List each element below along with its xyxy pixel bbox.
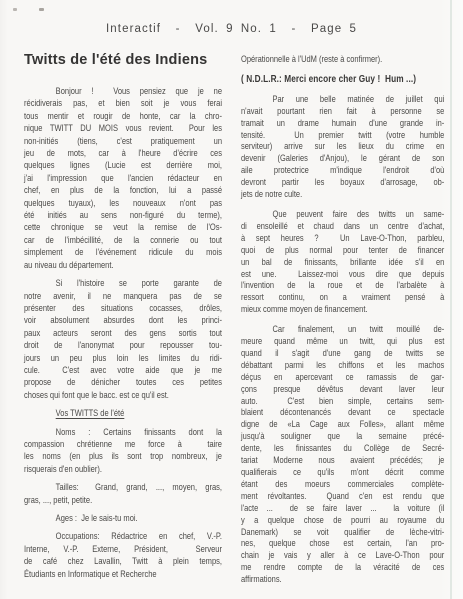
text-line: quelques tuyaux), les nouveaux n'ont pas (24, 198, 222, 210)
text-line: débattant parmi les chiffons et les mach… (241, 360, 444, 372)
text-line: dente, les finissantes du Collège de Sec… (241, 443, 444, 455)
text-line: cule. C'est avec votre aide que je me (24, 365, 222, 377)
text-line: récidiverais pas, et bien soit je vous f… (24, 98, 222, 110)
text-line: risquerais d'en oublier). (24, 464, 222, 476)
text-line: jeu de mots, car à l'heure d'écrire ces (24, 148, 222, 160)
section-heading: Vos TWITTS de l'été (24, 408, 222, 420)
article-title: Twitts de l'été des Indiens (24, 52, 207, 68)
text-line: au niveau du département. (24, 260, 222, 272)
text-line: l'acte ... de se faire laver ... la voit… (241, 503, 444, 515)
paragraph: Par une belle matinée de juillet quin'av… (241, 94, 444, 201)
text-line: notre avenir, il ne manquera pas de se (24, 291, 222, 303)
text-line: présenter des situations cocasses, drôle… (24, 303, 222, 315)
text-line: non-initiés (tiens, c'est pratiquement u… (24, 136, 222, 148)
text-line: chain je vais y aller à ce Lave-O-Thon p… (241, 550, 444, 562)
text-line: compassion chrétienne me force à taire (24, 439, 222, 451)
text-line: est une. Laissez-moi vous dire que depui… (241, 269, 444, 281)
text-line: nes, quelque chose est certain, l'an pro… (241, 538, 444, 550)
text-line: Bonjour ! Vous pensiez que je ne (24, 86, 222, 98)
text-line: Danemark) se voit qualifier de lèche-vit… (241, 527, 444, 539)
text-line: simplement de l'événement ridicule du mo… (24, 247, 222, 259)
text-line: gras, ..., petit, petite. (24, 495, 222, 507)
text-line: mieux comme moyen de financement. (241, 304, 444, 316)
text-line: à sept heures ? Un Lave-O-Thon, parbleu, (241, 233, 444, 245)
text-line: été initiés au sens non-figuré du terme)… (24, 210, 222, 222)
text-line: jours un peu plus loin les limites du ri… (24, 353, 222, 365)
scanned-newsletter-page: Interactif - Vol. 9 No. 1 - Page 5 Twitt… (0, 0, 463, 599)
column-left: Bonjour ! Vous pensiez que je nerécidive… (24, 86, 222, 587)
text-line: quoi de plus normal pour tenter de finan… (241, 245, 444, 257)
text-line: çons presque dévêtus devant laver leur (241, 384, 444, 396)
text-line: jets de notre culte. (241, 189, 444, 201)
text-line: nique TWITT DU MOIS vous revient. Pour l… (24, 123, 222, 135)
text-line: Tailles: Grand, grand, ..., moyen, gras, (24, 482, 222, 494)
text-line: devenir (Galeries d'Anjou), le gérant de… (241, 153, 444, 165)
text-line: serviteur) arrive sur les lieux du crime… (241, 141, 444, 153)
text-line: Opérationnelle à l'UdM (reste à confirme… (241, 54, 444, 66)
text-line: tensité. Un premier twitt (votre humble (241, 130, 444, 142)
editor-note: ( N.D.L.R.: Merci encore cher Guy ! Hum … (241, 74, 444, 86)
paragraph: Bonjour ! Vous pensiez que je nerécidive… (24, 86, 222, 272)
scan-speck (39, 8, 44, 11)
text-line: auto. C'est bien simple, certains sem- (241, 396, 444, 408)
text-line: qualifierais ce qu'ils m'ont décrit comm… (241, 467, 444, 479)
text-line: voir absolument absurdes dont les princi… (24, 315, 222, 327)
text-line: Noms : Certains finissants dont la (24, 427, 222, 439)
column-right: Opérationnelle à l'UdM (reste à confirme… (241, 54, 444, 594)
text-line: chef, en plus de la fonction, lui a pass… (24, 185, 222, 197)
paragraph: Si l'histoire se porte garante denotre a… (24, 278, 222, 402)
text-line: étant des moeurs commerciales complète- (241, 479, 444, 491)
text-line: les noms (en plus ils sont trop nombreux… (24, 451, 222, 463)
paragraph: Que peuvent faire des twitts un same-di … (241, 209, 444, 316)
text-line: affirmations. (241, 574, 444, 586)
text-line: Interne, V.-P. Externe, Président, Serve… (24, 544, 222, 556)
paragraph: Occupations: Rédactrice en chef, V.-P.In… (24, 531, 222, 581)
text-line: Par une belle matinée de juillet qui (241, 94, 444, 106)
text-line: meure quand même un twitt, qui plus est (241, 336, 444, 348)
text-line: Car finalement, un twitt mouillé de- (241, 324, 444, 336)
text-line: Occupations: Rédactrice en chef, V.-P. (24, 531, 222, 543)
text-line: paux acteurs seront des gens sortis tout (24, 328, 222, 340)
text-line: tariat Moderne nous avaient précédés; je (241, 455, 444, 467)
text-line: blaient décontenancés devant ce spectacl… (241, 407, 444, 419)
text-line: n'avait pourtant rien fait à personne se (241, 106, 444, 118)
text-line: Étudiants en Informatique et Recherche (24, 569, 222, 581)
text-line: aile protectrice m'indique l'endroit d'o… (241, 165, 444, 177)
text-line: tramait un drame humain d'une grande in- (241, 118, 444, 130)
text-line: quelques lignes (Lucie est derrière moi, (24, 160, 222, 172)
text-line: déçus en apercevant ce ramassis de gar- (241, 372, 444, 384)
text-line: devront partir les boyaux d'arrosage, ob… (241, 177, 444, 189)
paragraph: Noms : Certains finissants dont lacompas… (24, 427, 222, 477)
text-line: tous mentir et rougir de honte, car la c… (24, 111, 222, 123)
text-line: propose de dénicher toutes ces petites (24, 377, 222, 389)
text-line: digne de «La Cage aux Folles», allant mê… (241, 419, 444, 431)
text-line: quand il s'agit d'une gang de twitts se (241, 348, 444, 360)
paragraph: Ages : Je le sais-tu moi. (24, 513, 222, 525)
text-line: j'ai l'impression que l'ancien rédacteur… (24, 173, 222, 185)
text-line: Si l'histoire se porte garante de (24, 278, 222, 290)
text-line: Que peuvent faire des twitts un same- (241, 209, 444, 221)
scan-speck (13, 8, 17, 11)
text-line: de café chez Lavallin, Twitt à plein tem… (24, 556, 222, 568)
masthead: Interactif - Vol. 9 No. 1 - Page 5 (0, 23, 463, 35)
paragraph: Opérationnelle à l'UdM (reste à confirme… (241, 54, 444, 66)
text-line: ment révoltantes. Quand c'en est rendu q… (241, 491, 444, 503)
scan-edge-line (450, 0, 452, 599)
text-line: di ensoleillé et chaud dans un centre d'… (241, 221, 444, 233)
text-line: me rendre compte de la véracité de ces (241, 562, 444, 574)
text-line: cette chronique se veut la remise de l'O… (24, 222, 222, 234)
paragraph: Car finalement, un twitt mouillé de-meur… (241, 324, 444, 586)
text-line: ressort continu, on a vraiment pensé à (241, 292, 444, 304)
text-line: Ages : Je le sais-tu moi. (24, 513, 222, 525)
text-line: y a quelque chose de pourri au royaume d… (241, 515, 444, 527)
text-line: choses qui font que le bacc. est ce qu'i… (24, 390, 222, 402)
text-line: jusqu'à souligner que la semaine précé- (241, 431, 444, 443)
text-line: droit de l'anonymat pour repousser tou- (24, 340, 222, 352)
text-line: un bal de finissants, brillante idée s'i… (241, 257, 444, 269)
text-line: car de l'imbécillité, de la connerie ou … (24, 235, 222, 247)
paragraph: Tailles: Grand, grand, ..., moyen, gras,… (24, 482, 222, 507)
text-line: l'invention de la roue et de l'arbalète … (241, 280, 444, 292)
